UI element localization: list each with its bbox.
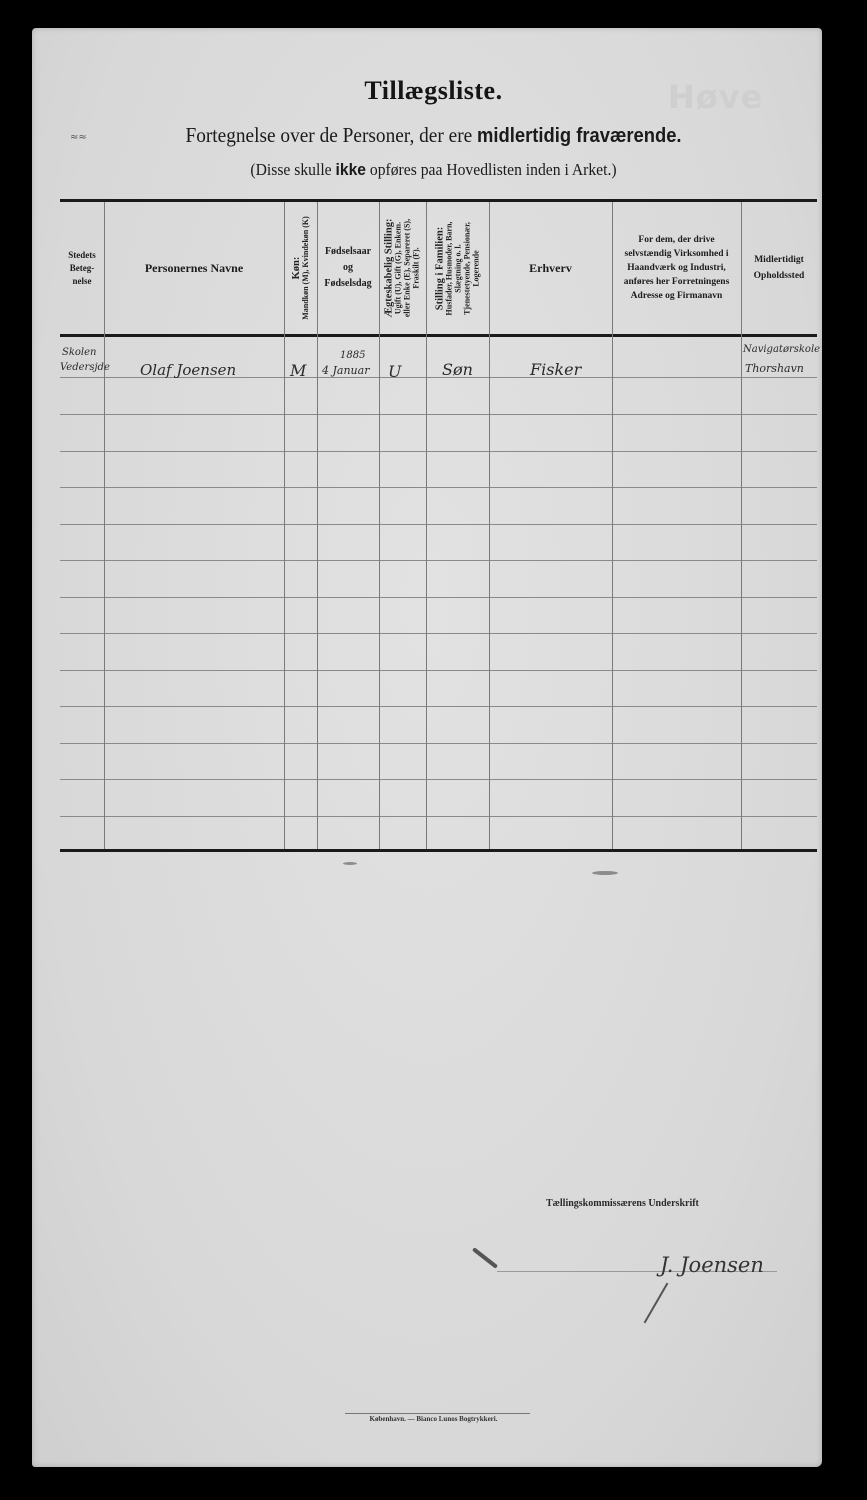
cell-kon: M xyxy=(290,361,306,380)
header-familie-sub4: Logerende xyxy=(471,250,480,286)
header-stedets: Stedets Beteg-nelse xyxy=(60,202,104,334)
row-rule xyxy=(60,414,817,415)
header-kon: Køn: Mandkøn (M), Kvindekøn (K) xyxy=(284,202,317,334)
form-title: Tillægsliste. xyxy=(0,76,867,106)
instruction-suffix: opføres paa Hovedlisten inden i Arket.) xyxy=(370,160,617,179)
row-rule xyxy=(60,451,817,452)
cell-navn: Olaf Joensen xyxy=(140,361,236,379)
table-bottom-rule xyxy=(60,849,817,852)
header-kon-sub: Mandkøn (M), Kvindekøn (K) xyxy=(301,216,310,320)
cell-stedets-line1: Skolen xyxy=(62,347,97,358)
header-bottom-rule xyxy=(60,334,817,337)
row-rule xyxy=(60,816,817,817)
ink-smudge xyxy=(343,862,357,865)
header-stedets-label: Stedets Beteg-nelse xyxy=(63,249,101,288)
cell-erhverv: Fisker xyxy=(530,360,581,379)
instruction-emphasis: ikke xyxy=(336,160,366,179)
row-rule xyxy=(60,633,817,634)
header-familie-sub1: Husfader, Husmoder, Barn, xyxy=(444,221,453,315)
header-familie: Stilling i Familien: Husfader, Husmoder,… xyxy=(426,202,489,334)
header-fodsel: Fødselsaar og Fødselsdag xyxy=(317,202,379,334)
cell-familie: Søn xyxy=(442,360,473,379)
row-rule xyxy=(60,560,817,561)
row-rule xyxy=(60,779,817,780)
cell-fodselsdag: 4 Januar xyxy=(322,364,369,377)
header-familie-title: Stilling i Familien: xyxy=(434,226,445,309)
header-aegteskab: Ægteskabelig Stilling: Ugift (U), Gift (… xyxy=(379,202,426,334)
row-rule xyxy=(60,487,817,488)
cell-fodselsaar: 1885 xyxy=(340,350,365,361)
signature-label: Tællingskommissærens Underskrift xyxy=(546,1198,699,1209)
cell-aegteskab: U xyxy=(388,362,401,381)
header-familie-sub3: Tjenestetyende, Pensionær, xyxy=(462,222,471,315)
header-opholdssted-label: Midlertidigt Opholdssted xyxy=(743,252,815,284)
printer-rule xyxy=(345,1413,530,1414)
instruction-prefix: (Disse skulle xyxy=(250,160,331,179)
enumerator-signature: J. Joensen xyxy=(660,1253,764,1277)
row-rule xyxy=(60,524,817,525)
header-aegteskab-sub1: Ugift (U), Gift (G), Enkem. xyxy=(394,222,403,314)
header-familie-sub2: Slægtning o. l. xyxy=(453,244,462,292)
row-rule xyxy=(60,743,817,744)
subtitle-emphasis: midlertidig fraværende. xyxy=(477,125,681,147)
printer-imprint: København. — Bianco Lunos Bogtrykkeri. xyxy=(0,1415,867,1423)
row-rule xyxy=(60,670,817,671)
header-erhverv: Erhverv xyxy=(489,202,612,334)
header-navne-label: Personernes Navne xyxy=(145,261,243,276)
row-rule xyxy=(60,597,817,598)
subtitle-text: Fortegnelse over de Personer, der ere xyxy=(185,123,472,147)
header-aegteskab-sub2: eller Enke (E), Separeret (S), xyxy=(403,219,412,317)
form-subtitle: Fortegnelse over de Personer, der ere mi… xyxy=(35,123,833,148)
header-erhverv-label: Erhverv xyxy=(529,261,572,276)
header-navne: Personernes Navne xyxy=(104,202,284,334)
cell-stedets-line2: Vedersjde xyxy=(60,362,110,373)
form-instruction: (Disse skulle ikke opføres paa Hovedlist… xyxy=(35,160,833,180)
cell-opholdssted-line1: Navigatørskole xyxy=(743,344,820,355)
header-aegteskab-sub3: Fraskilt (F). xyxy=(412,247,421,288)
row-rule xyxy=(60,706,817,707)
header-virksomhed: For dem, der drive selvstændig Virksomhe… xyxy=(612,202,741,334)
ink-smudge xyxy=(592,871,618,875)
header-opholdssted: Midlertidigt Opholdssted xyxy=(741,202,817,334)
header-virksomhed-label: For dem, der drive selvstændig Virksomhe… xyxy=(617,233,737,303)
header-fodsel-label: Fødselsaar og Fødselsdag xyxy=(321,244,375,292)
cell-opholdssted-line2: Thorshavn xyxy=(745,362,804,375)
